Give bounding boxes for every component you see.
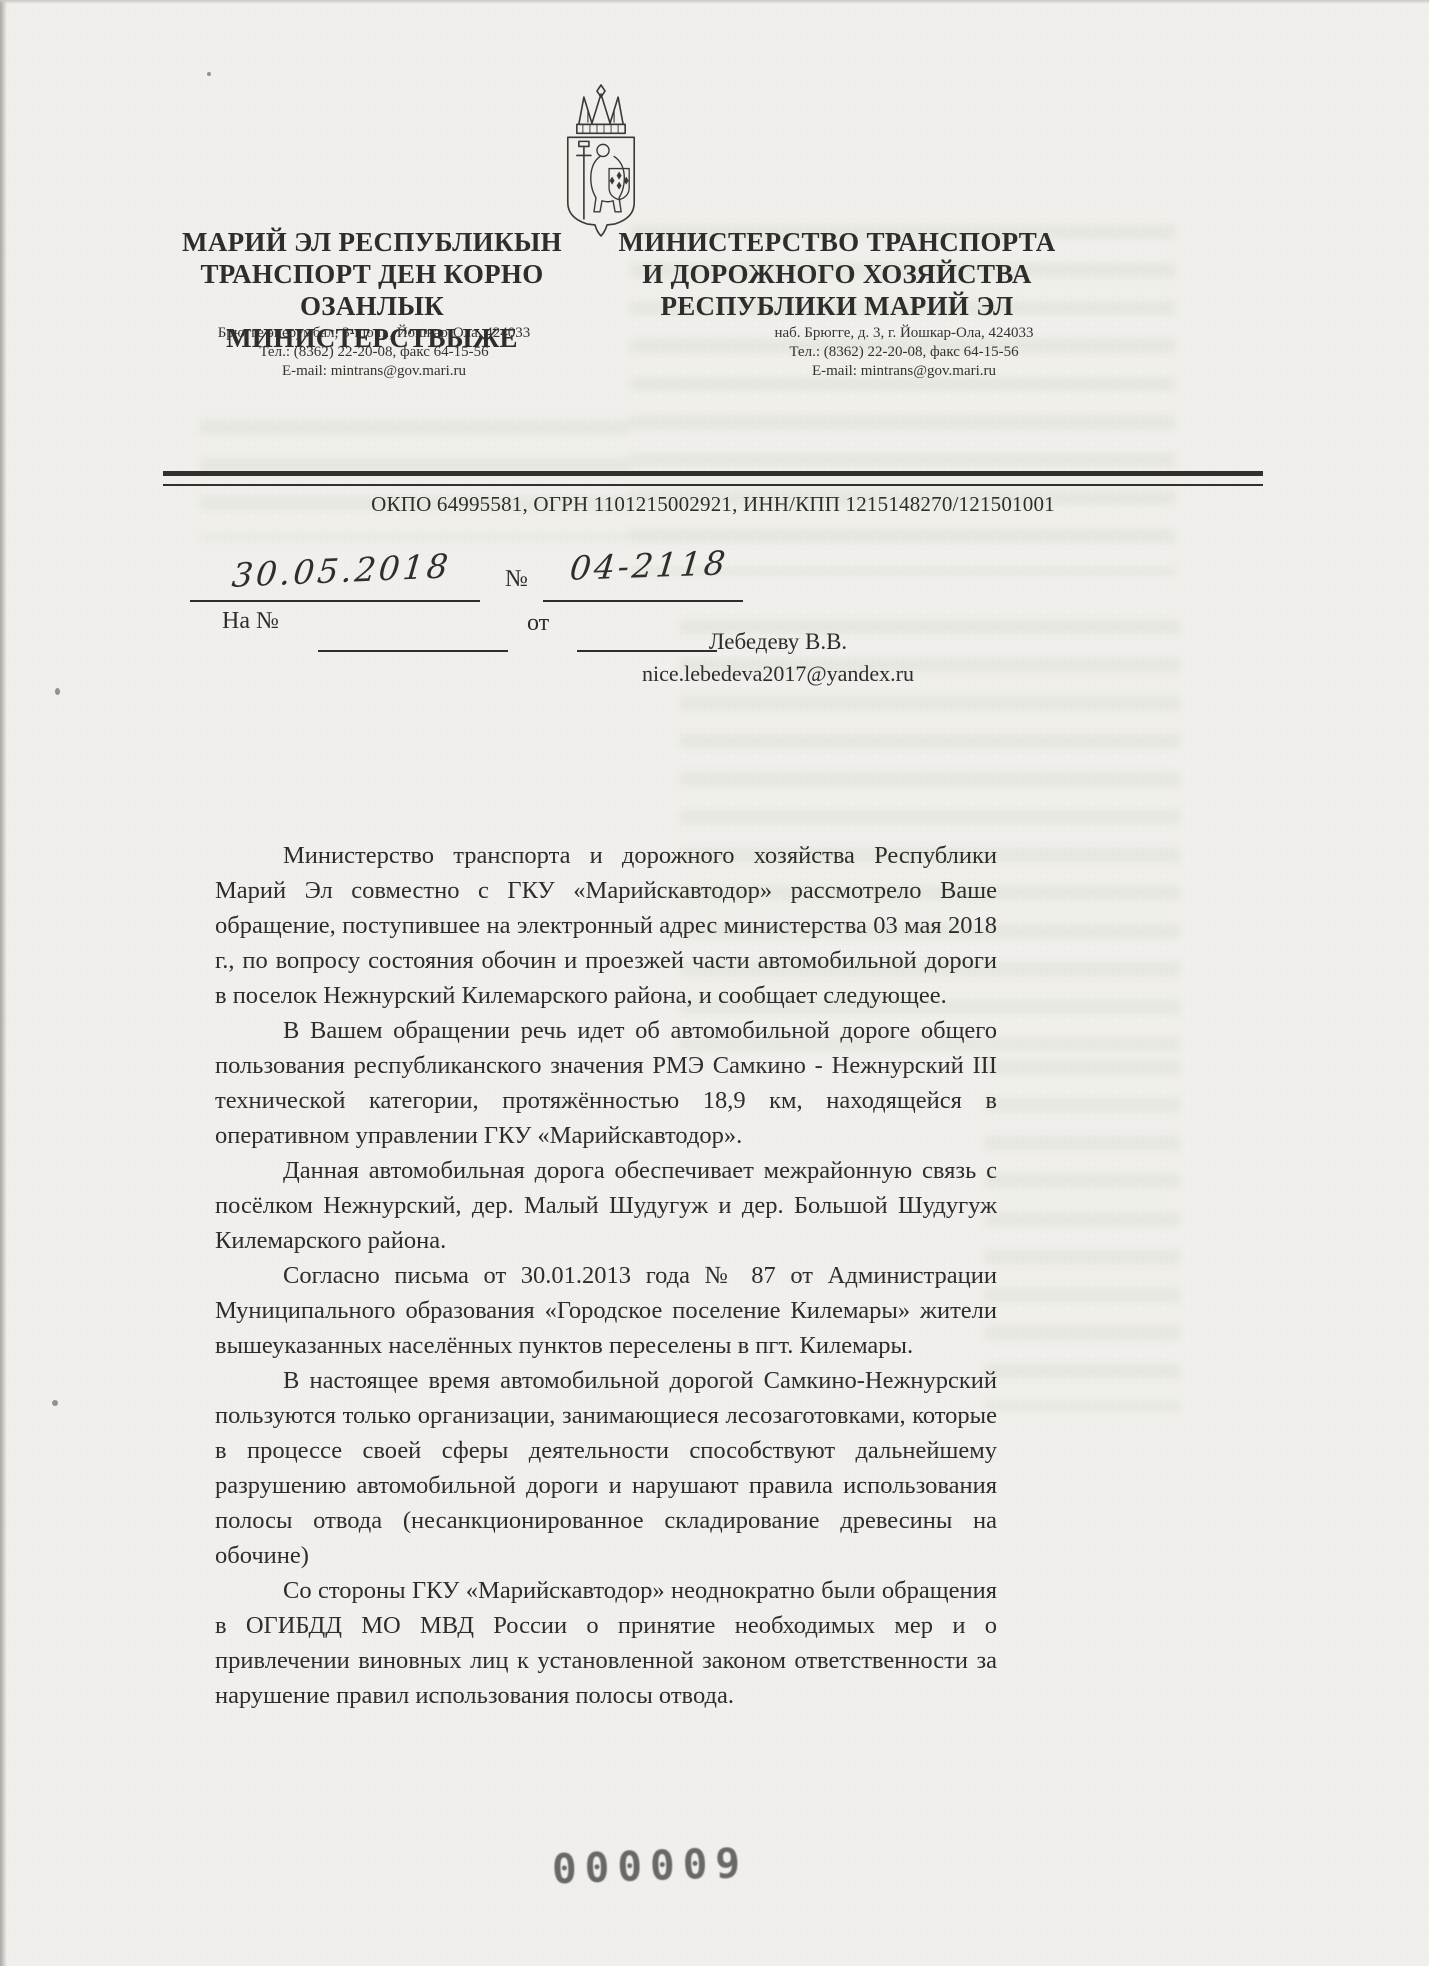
recipient-block: Лебедеву В.В. nice.lebedeva2017@yandex.r… <box>628 626 928 690</box>
letter-paragraph: В Вашем обращении речь идет об автомобил… <box>215 1013 997 1153</box>
letter-paragraph: Министерство транспорта и дорожного хозя… <box>215 838 997 1013</box>
reply-reference-underline <box>318 650 508 652</box>
number-sign-label: № <box>505 566 528 593</box>
org-name-line: ТРАНСПОРТ ДЕН КОРНО <box>152 258 592 290</box>
bleed-through-artifact <box>985 1060 1180 1410</box>
registry-line: ОКПО 64995581, ОГРН 1101215002921, ИНН/К… <box>163 492 1263 517</box>
reply-reference-label: На № <box>222 608 279 635</box>
scan-edge-shadow <box>0 0 7 1966</box>
page-number-stamp: 000009 <box>551 1839 749 1894</box>
date-underline <box>190 600 480 602</box>
address-line: наб. Брюгге, д. 3, г. Йошкар-Ола, 424033 <box>688 324 1120 343</box>
address-line: Тел.: (8362) 22-20-08, факс 64-15-56 <box>168 343 580 362</box>
recipient-name: Лебедеву В.В. <box>628 626 928 658</box>
letterhead-separator-rule <box>163 471 1263 486</box>
address-line: E-mail: mintrans@gov.mari.ru <box>168 362 580 381</box>
number-underline <box>543 600 743 602</box>
ink-speck <box>52 1400 58 1406</box>
letter-paragraph: Согласно письма от 30.01.2013 года № 87 … <box>215 1258 997 1363</box>
scanned-letter-page: МАРИЙ ЭЛ РЕСПУБЛИКЫН ТРАНСПОРТ ДЕН КОРНО… <box>0 0 1429 1966</box>
letter-body: Министерство транспорта и дорожного хозя… <box>215 838 997 1713</box>
org-address-russian: наб. Брюгге, д. 3, г. Йошкар-Ола, 424033… <box>688 324 1120 381</box>
address-line: Брюгге энерумбал, 3-шо п., Йошкар-Ола, 4… <box>168 324 580 343</box>
scan-edge-shadow <box>0 0 1429 4</box>
org-name-line: РЕСПУБЛИКИ МАРИЙ ЭЛ <box>612 290 1062 322</box>
letter-paragraph: Со стороны ГКУ «Марийскавтодор» неоднокр… <box>215 1573 997 1713</box>
org-name-line: МИНИСТЕРСТВО ТРАНСПОРТА <box>612 226 1062 258</box>
org-name-line: И ДОРОЖНОГО ХОЗЯЙСТВА <box>612 258 1062 290</box>
ink-speck <box>207 72 211 76</box>
coat-of-arms-icon <box>548 84 654 240</box>
letter-paragraph: В настоящее время автомобильной дорогой … <box>215 1363 997 1573</box>
org-address-mari: Брюгге энерумбал, 3-шо п., Йошкар-Ола, 4… <box>168 324 580 381</box>
org-name-russian: МИНИСТЕРСТВО ТРАНСПОРТА И ДОРОЖНОГО ХОЗЯ… <box>612 226 1062 322</box>
address-line: Тел.: (8362) 22-20-08, факс 64-15-56 <box>688 343 1120 362</box>
recipient-email: nice.lebedeva2017@yandex.ru <box>628 658 928 690</box>
from-label: от <box>527 610 549 637</box>
org-name-line: МАРИЙ ЭЛ РЕСПУБЛИКЫН <box>152 226 592 258</box>
outgoing-number-handwritten: 04-2118 <box>568 543 730 588</box>
letter-paragraph: Данная автомобильная дорога обеспечивает… <box>215 1153 997 1258</box>
issue-date-handwritten: 30.05.2018 <box>230 546 453 595</box>
ink-speck <box>55 688 60 695</box>
address-line: E-mail: mintrans@gov.mari.ru <box>688 362 1120 381</box>
